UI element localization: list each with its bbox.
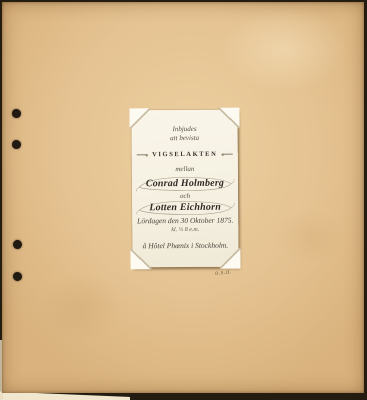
invite-line-2: att bevista bbox=[132, 134, 238, 143]
groom-name: Conrad Holmberg bbox=[135, 178, 235, 190]
invitation-card: Inbjudes att bevista VIGSELAKTEN mellan … bbox=[131, 110, 238, 268]
binder-hole bbox=[12, 239, 24, 251]
wedding-date: Lördagen den 30 Oktober 1875. bbox=[132, 216, 238, 226]
bride-name-flourish: Lotten Eichhorn bbox=[135, 199, 235, 218]
photo-corner-icon bbox=[130, 248, 151, 269]
ceremony-title-text: VIGSELAKTEN bbox=[152, 151, 217, 158]
binder-hole bbox=[12, 109, 21, 118]
binder-hole bbox=[12, 140, 21, 149]
scanned-album-photo: Inbjudes att bevista VIGSELAKTEN mellan … bbox=[0, 0, 367, 400]
invite-line-1: Inbjudes bbox=[132, 125, 238, 134]
wedding-time: kl. ½ 8 e.m. bbox=[132, 227, 238, 234]
album-page: Inbjudes att bevista VIGSELAKTEN mellan … bbox=[2, 2, 364, 393]
handwritten-rsvp-note: o.s.a. bbox=[215, 268, 233, 277]
flourish-ornament-icon bbox=[137, 154, 148, 155]
between-label: mellan bbox=[132, 165, 238, 174]
binder-hole bbox=[12, 271, 23, 282]
flourish-ornament-icon bbox=[221, 154, 232, 155]
photo-corner-icon bbox=[219, 248, 240, 269]
groom-name-flourish: Conrad Holmberg bbox=[135, 175, 235, 194]
bride-name: Lotten Eichhorn bbox=[135, 202, 235, 214]
ceremony-title: VIGSELAKTEN bbox=[132, 151, 238, 159]
wedding-venue: å Hôtel Phœnix i Stockholm. bbox=[132, 241, 238, 251]
